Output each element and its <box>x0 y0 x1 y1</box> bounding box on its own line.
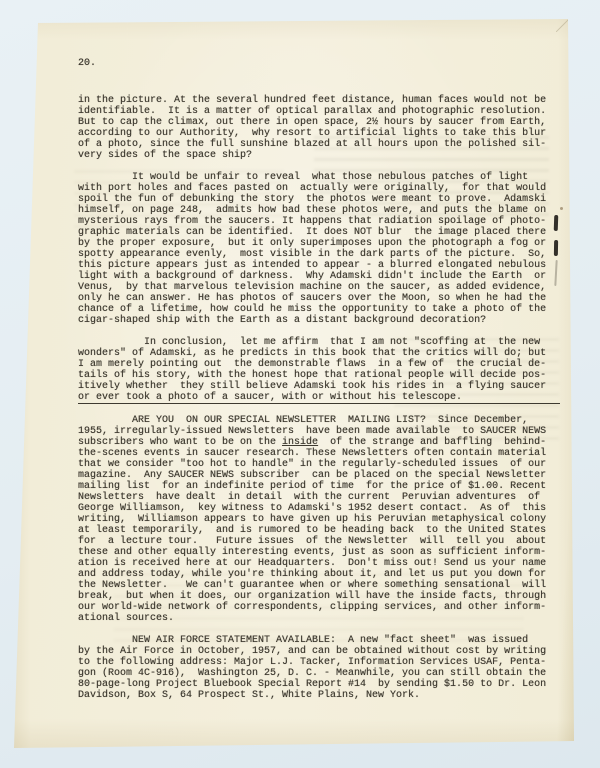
text-line: chance of a lifetime, how could he miss … <box>78 304 560 315</box>
text-line: subscribers who want to be on the inside… <box>78 437 560 448</box>
text-line: light with a background of darkness. Why… <box>78 271 560 282</box>
text-line: break, but when it does, our organizatio… <box>78 591 560 602</box>
text-line: very sides of the space ship? <box>78 150 560 161</box>
text-line: cigar-shaped ship with the Earth as a di… <box>78 315 560 326</box>
text-line: writing, Williamson appears to have give… <box>78 514 560 525</box>
text-block: in the picture. At the several hundred f… <box>78 95 560 701</box>
text-line: wonders" of Adamski, as he predicts in t… <box>78 348 560 359</box>
text-line: according to our Authority, why resort t… <box>78 128 560 139</box>
text-line: ARE YOU ON OUR SPECIAL NEWSLETTER MAILIN… <box>78 415 560 426</box>
text-line: George Williamson, key witness to Adamsk… <box>78 503 560 514</box>
text-line: by the proper exposure, but it only supe… <box>78 238 560 249</box>
text-line: mailing list for an indefinite period of… <box>78 481 560 492</box>
text-line: or ever took a photo of a saucer, with o… <box>78 392 560 404</box>
paragraph: It would be unfair to reveal what those … <box>78 172 560 326</box>
text-line: Davidson, Box S, 64 Prospect St., White … <box>78 690 560 701</box>
text-line: itively whether they still believe Adams… <box>78 381 560 392</box>
text-line: ation is received here at our Headquarte… <box>78 558 560 569</box>
text-line: identifiable. It is a matter of optical … <box>78 106 560 117</box>
text-line: gon (Room 4C-916), Washington 25, D. C. … <box>78 668 560 679</box>
page-number: 20. <box>78 58 96 69</box>
text-line: himself, on page 248, admits how bad the… <box>78 205 560 216</box>
text-line: for a lecture tour. Future issues of the… <box>78 536 560 547</box>
text-line: the-scenes events in saucer research. Th… <box>78 448 560 459</box>
ink-speck <box>560 207 563 210</box>
text-line: tails of his story, with the honest hope… <box>78 370 560 381</box>
text-line: magazine. Any SAUCER NEWS subscriber can… <box>78 470 560 481</box>
text-line: in the picture. At the several hundred f… <box>78 95 560 106</box>
text-line: and address today, while you're thinking… <box>78 569 560 580</box>
text-line: these and other equally interesting even… <box>78 547 560 558</box>
text-line: with port holes and faces pasted on actu… <box>78 183 560 194</box>
text-line: this picture appears just as intended to… <box>78 260 560 271</box>
text-line: our world-wide network of correspondents… <box>78 602 560 613</box>
text-line: Venus, by that marvelous television mach… <box>78 282 560 293</box>
text-line: to the following address: Major L.J. Tac… <box>78 657 560 668</box>
text-line: ational sources. <box>78 613 560 624</box>
paragraph: In conclusion, let me affirm that I am n… <box>78 337 560 404</box>
text-line: I am merely pointing out the demonstrabl… <box>78 359 560 370</box>
text-line: 1955, irregularly-issued Newsletters hav… <box>78 426 560 437</box>
text-line: mysterious rays from the saucers. It hap… <box>78 216 560 227</box>
scanned-newsletter-page: 20. in the picture. At the several hundr… <box>0 0 600 768</box>
paragraph: in the picture. At the several hundred f… <box>78 95 560 161</box>
paragraph: ARE YOU ON OUR SPECIAL NEWSLETTER MAILIN… <box>78 415 560 624</box>
text-line: by the Air Force in October, 1957, and c… <box>78 646 560 657</box>
ink-dash-mark <box>554 240 558 256</box>
text-line: the Newsletter. We can't guarantee when … <box>78 580 560 591</box>
text-line: Newsletters have dealt in detail with th… <box>78 492 560 503</box>
text-line: of a photo, since the full sunshine blaz… <box>78 139 560 150</box>
text-line: only he can answer. He has photos of sau… <box>78 293 560 304</box>
text-line: NEW AIR FORCE STATEMENT AVAILABLE: A new… <box>78 635 560 646</box>
text-line: at least temporarily, and is rumored to … <box>78 525 560 536</box>
text-line: graphic materials can be identified. It … <box>78 227 560 238</box>
corner-crease <box>556 18 570 32</box>
paper-sheet: 20. in the picture. At the several hundr… <box>14 18 574 748</box>
text-line: spotty appearance evenly, most visible i… <box>78 249 560 260</box>
ink-dash-mark <box>554 215 559 231</box>
text-line: But to cap the climax, out there in open… <box>78 117 560 128</box>
paragraph: NEW AIR FORCE STATEMENT AVAILABLE: A new… <box>78 635 560 701</box>
text-line: In conclusion, let me affirm that I am n… <box>78 337 560 348</box>
text-line: that we consider "too hot to handle" in … <box>78 459 560 470</box>
text-line: spoil the fun of debunking the story the… <box>78 194 560 205</box>
text-line: It would be unfair to reveal what those … <box>78 172 560 183</box>
text-line: 80-page-long Project Bluebook Special Re… <box>78 679 560 690</box>
